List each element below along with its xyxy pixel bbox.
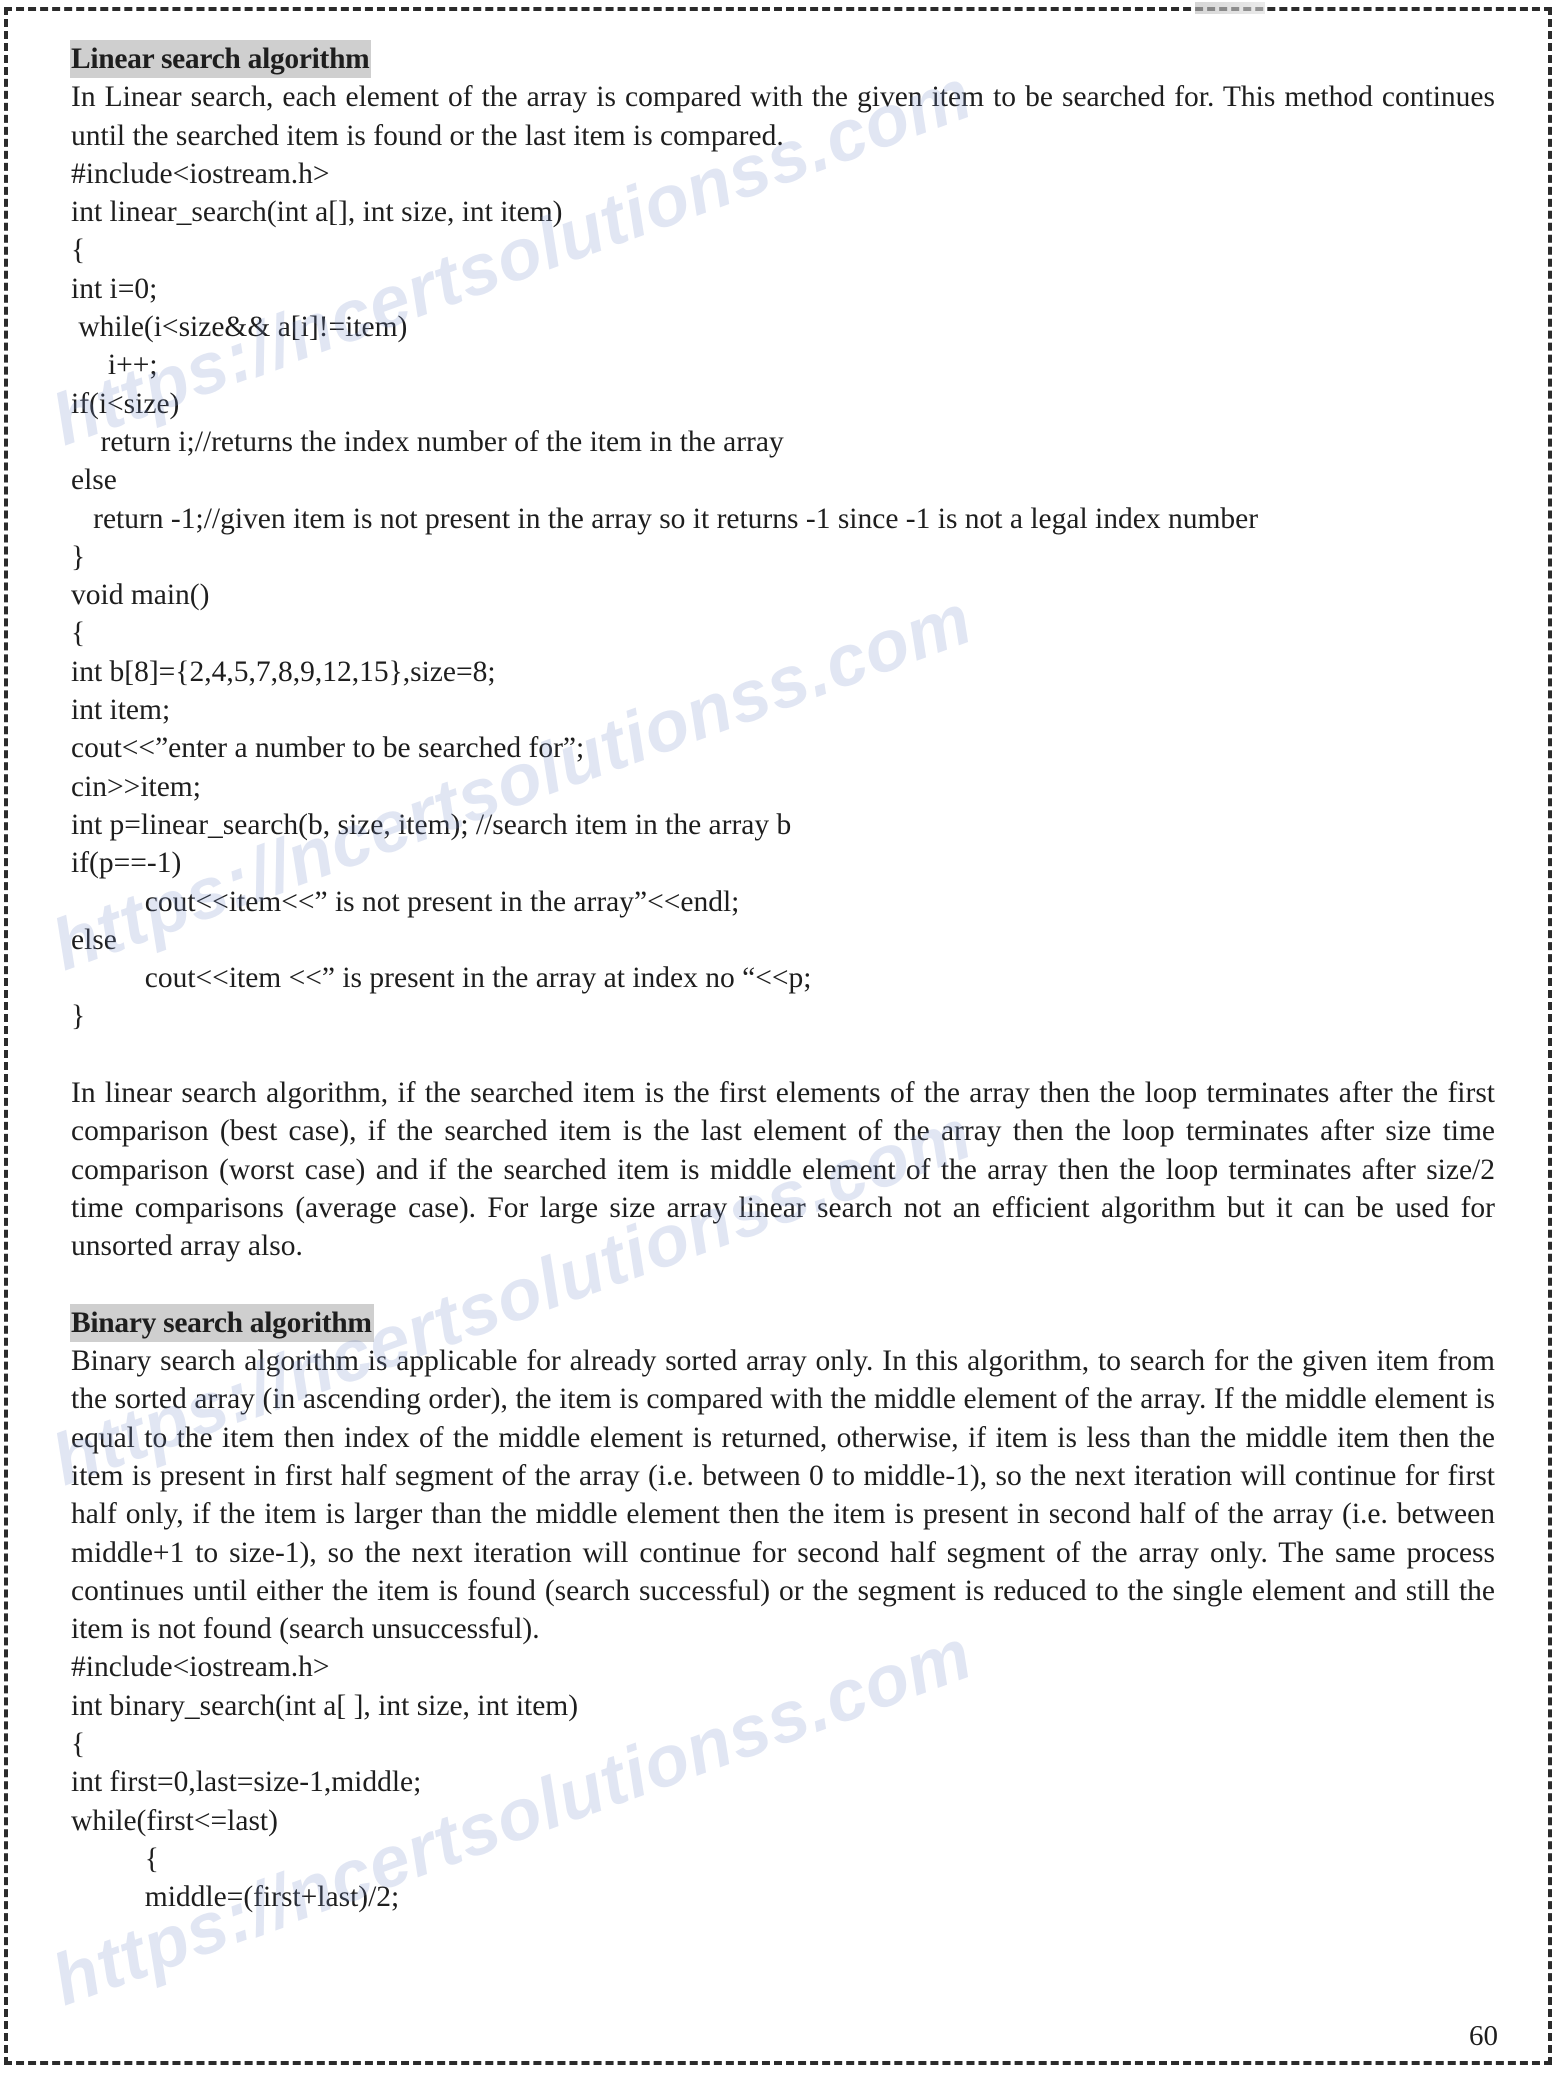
code-line: else xyxy=(71,461,1495,499)
code-line: } xyxy=(71,538,1495,576)
linear-analysis-paragraph: In linear search algorithm, if the searc… xyxy=(71,1074,1495,1265)
code-line: middle=(first+last)/2; xyxy=(71,1878,1495,1916)
code-line: cout<<item<<” is not present in the arra… xyxy=(71,883,1495,921)
code-line: int first=0,last=size-1,middle; xyxy=(71,1763,1495,1801)
code-line: } xyxy=(71,997,1495,1035)
code-line: return -1;//given item is not present in… xyxy=(71,500,1495,538)
code-line: void main() xyxy=(71,576,1495,614)
code-line: int linear_search(int a[], int size, int… xyxy=(71,193,1495,231)
page-number: 60 xyxy=(1469,2020,1498,2053)
code-line: int p=linear_search(b, size, item); //se… xyxy=(71,806,1495,844)
section-heading-binary: Binary search algorithm xyxy=(70,1304,374,1342)
code-line: i++; xyxy=(71,346,1495,384)
code-line: cout<<”enter a number to be searched for… xyxy=(71,729,1495,767)
binary-intro-paragraph: Binary search algorithm is applicable fo… xyxy=(71,1342,1495,1648)
code-line: { xyxy=(71,1840,1495,1878)
linear-intro-paragraph: In Linear search, each element of the ar… xyxy=(71,78,1495,155)
linear-search-section: Linear search algorithm In Linear search… xyxy=(71,40,1495,1266)
linear-code-block: #include<iostream.h>int linear_search(in… xyxy=(71,155,1495,1036)
code-line: int i=0; xyxy=(71,270,1495,308)
code-line: cin>>item; xyxy=(71,768,1495,806)
binary-search-section: Binary search algorithm Binary search al… xyxy=(71,1304,1495,1917)
code-line: else xyxy=(71,921,1495,959)
code-line: { xyxy=(71,614,1495,652)
code-line: int b[8]={2,4,5,7,8,9,12,15},size=8; xyxy=(71,653,1495,691)
code-line: while(i<size&& a[i]!=item) xyxy=(71,308,1495,346)
scan-artifact xyxy=(1195,2,1265,14)
binary-code-block: #include<iostream.h>int binary_search(in… xyxy=(71,1648,1495,1916)
code-line: if(i<size) xyxy=(71,385,1495,423)
code-line: int item; xyxy=(71,691,1495,729)
code-line: { xyxy=(71,1725,1495,1763)
code-line: if(p==-1) xyxy=(71,844,1495,882)
code-line: cout<<item <<” is present in the array a… xyxy=(71,959,1495,997)
code-line: #include<iostream.h> xyxy=(71,1648,1495,1686)
code-line: int binary_search(int a[ ], int size, in… xyxy=(71,1687,1495,1725)
code-line: return i;//returns the index number of t… xyxy=(71,423,1495,461)
section-heading-linear: Linear search algorithm xyxy=(70,40,371,78)
code-line: #include<iostream.h> xyxy=(71,155,1495,193)
code-line: { xyxy=(71,231,1495,269)
code-line: while(first<=last) xyxy=(71,1802,1495,1840)
page-content: Linear search algorithm In Linear search… xyxy=(71,40,1495,1917)
